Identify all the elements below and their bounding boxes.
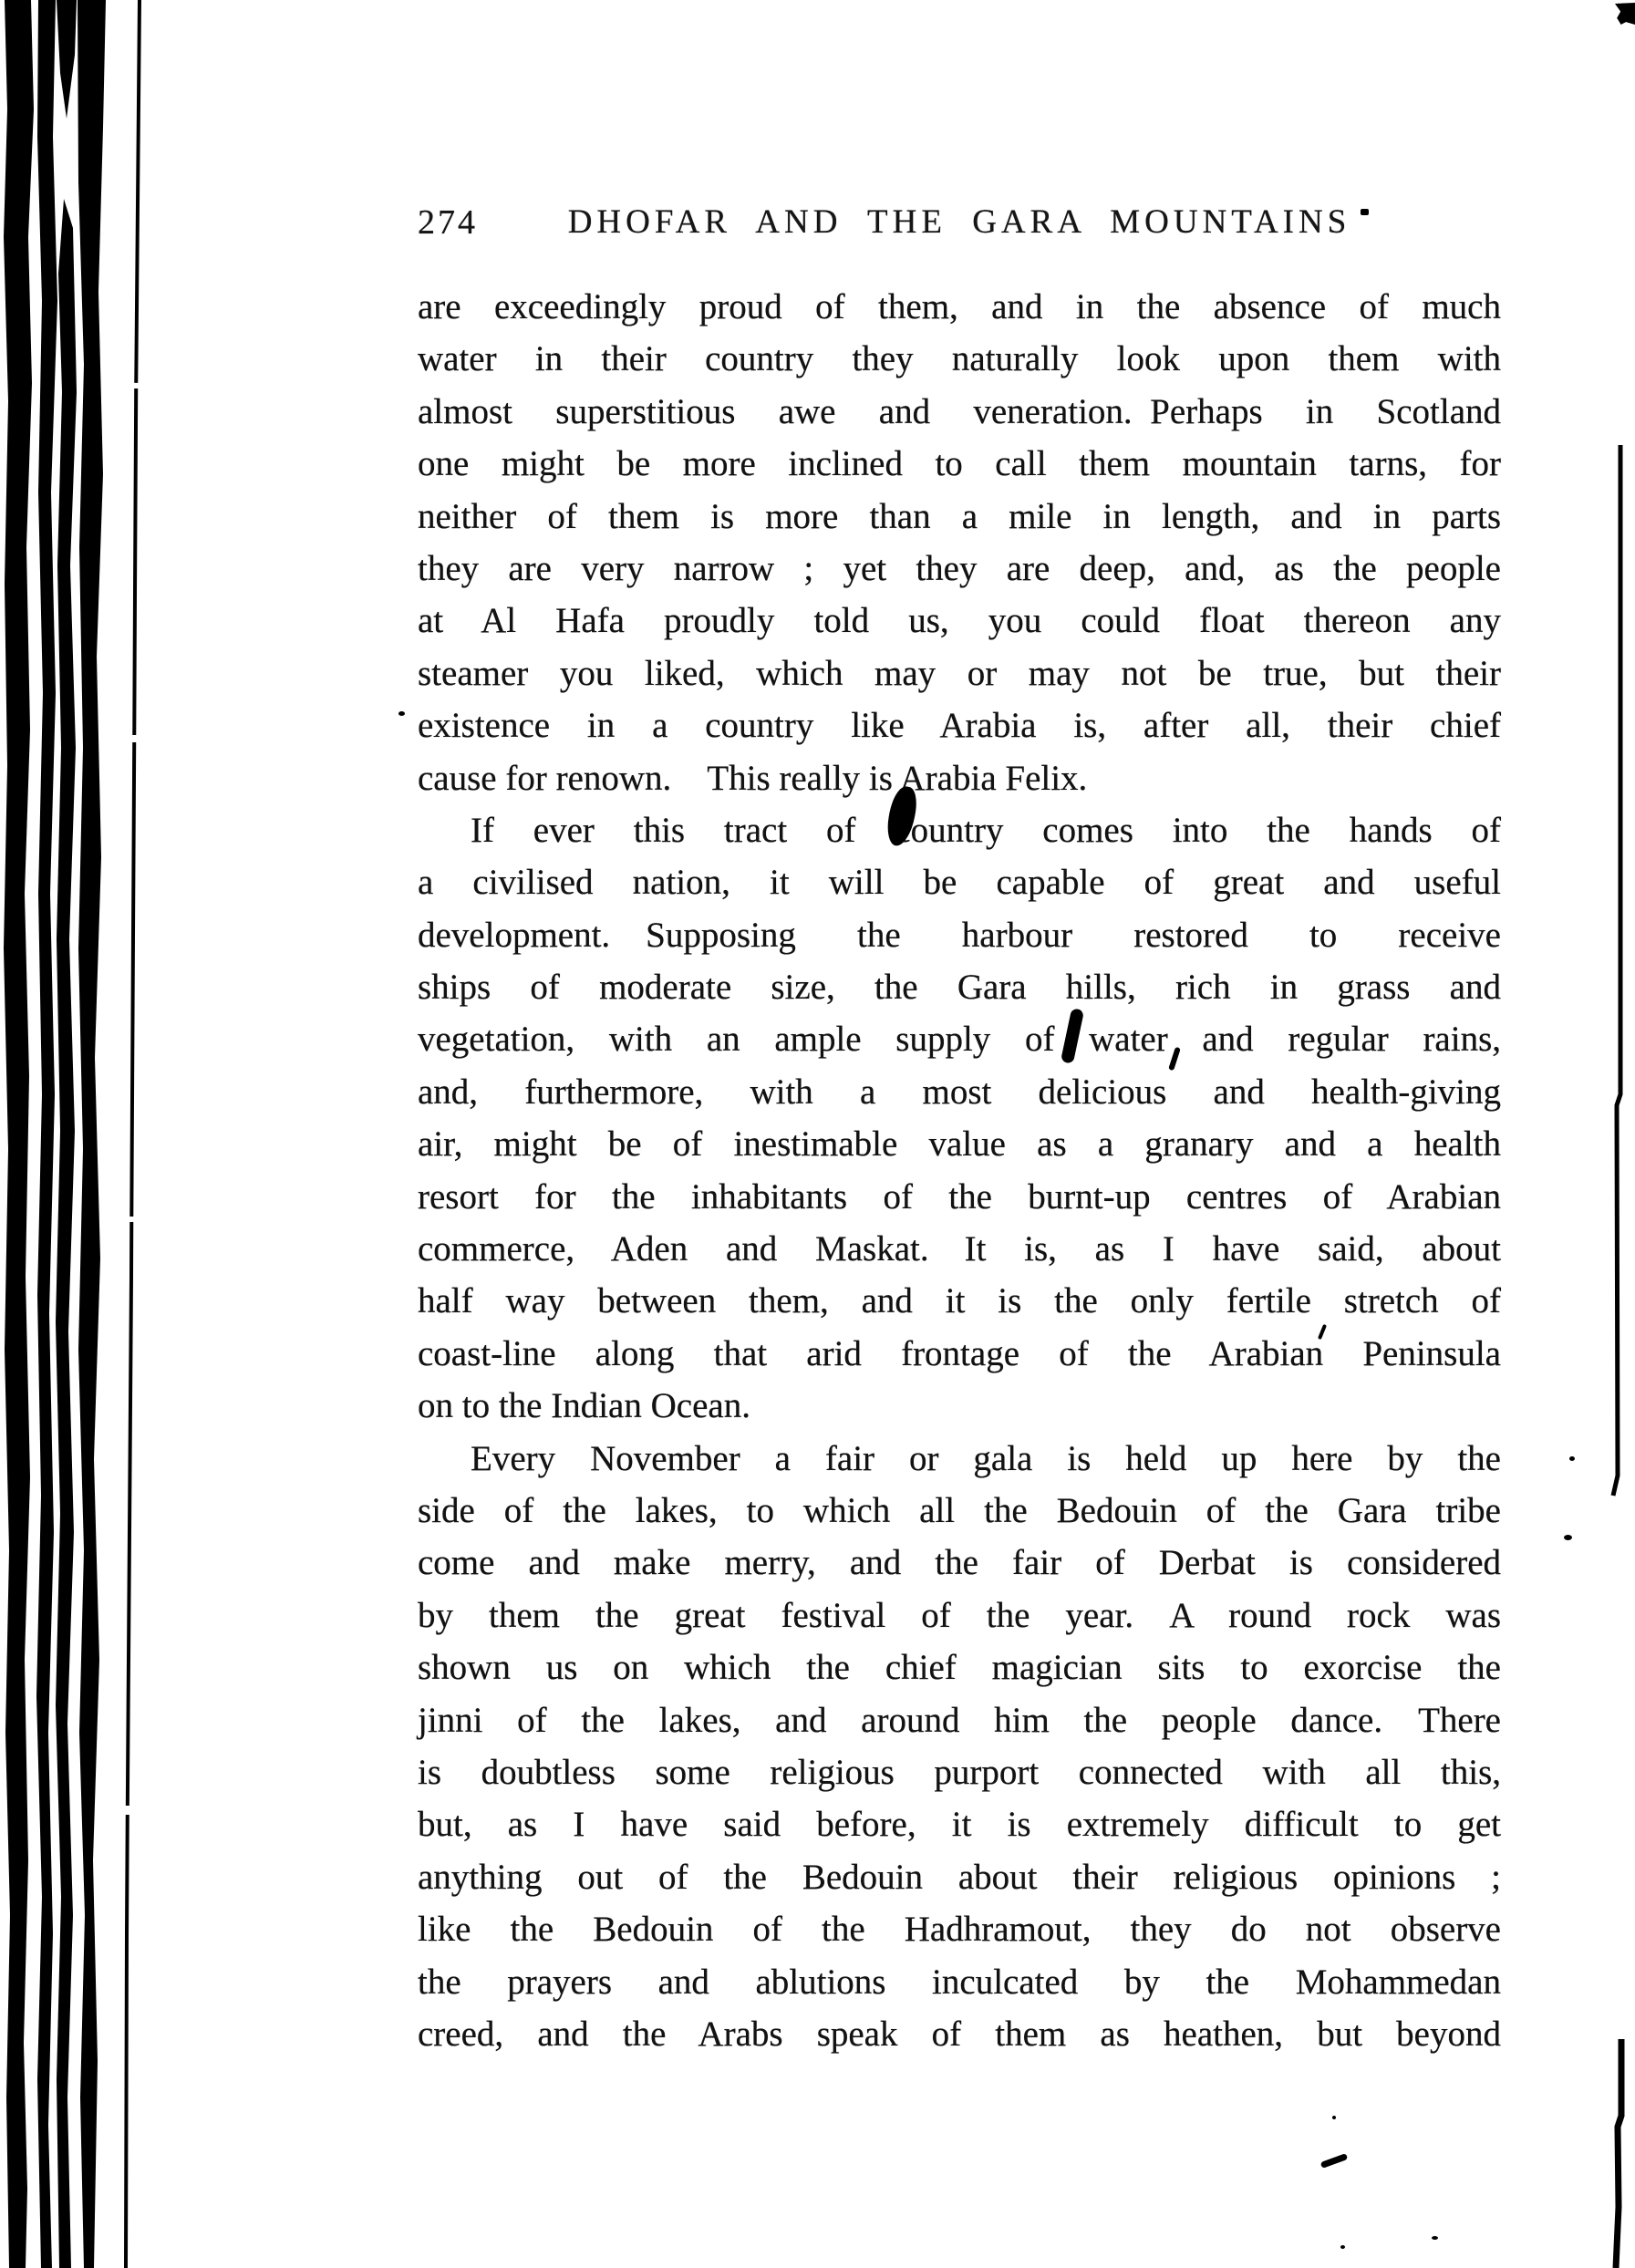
text-line: steamer you liked, which may or may not … (418, 647, 1501, 699)
fold-line (126, 0, 140, 2268)
text-line: they are very narrow ; yet they are deep… (418, 543, 1501, 595)
text-line: one might be more inclined to call them … (418, 438, 1501, 490)
text-line: are exceedingly proud of them, and in th… (418, 281, 1501, 333)
speck (1569, 1456, 1575, 1461)
running-title: DHOFAR AND THE GARA MOUNTAINS (418, 202, 1501, 242)
scanned-page: 274 DHOFAR AND THE GARA MOUNTAINS are ex… (0, 0, 1635, 2268)
text-line: like the Bedouin of the Hadhramout, they… (418, 1903, 1501, 1955)
text-line: Every November a fair or gala is held up… (418, 1433, 1501, 1485)
binding-stripe (4, 0, 34, 2268)
text-line: water in their country they naturally lo… (418, 333, 1501, 385)
text-line: anything out of the Bedouin about their … (418, 1851, 1501, 1903)
speck (1320, 2153, 1349, 2169)
text-block: are exceedingly proud of them, and in th… (418, 281, 1501, 2060)
text-line: half way between them, and it is the onl… (418, 1275, 1501, 1327)
text-line: cause for renown. This really is Arabia … (418, 752, 1501, 804)
text-line: and, furthermore, with a most delicious … (418, 1066, 1501, 1118)
page-header: 274 DHOFAR AND THE GARA MOUNTAINS (418, 202, 1501, 248)
binding-stripe (56, 199, 77, 2268)
speck (1332, 2116, 1336, 2119)
text-line: air, might be of inestimable value as a … (418, 1118, 1501, 1170)
text-line: commerce, Aden and Maskat. It is, as I h… (418, 1223, 1501, 1275)
text-line: vegetation, with an ample supply of wate… (418, 1013, 1501, 1065)
text-line: almost superstitious awe and veneration.… (418, 386, 1501, 438)
text-line: at Al Hafa proudly told us, you could fl… (418, 595, 1501, 647)
speck (398, 711, 405, 716)
text-line: development. Supposing the harbour resto… (418, 909, 1501, 961)
margin-line-right-upper (1613, 445, 1620, 1496)
text-line: existence in a country like Arabia is, a… (418, 699, 1501, 751)
text-line: but, as I have said before, it is extrem… (418, 1798, 1501, 1850)
speck (1340, 2245, 1345, 2249)
text-line: If ever this tract of country comes into… (418, 804, 1501, 856)
text-line: jinni of the lakes, and around him the p… (418, 1694, 1501, 1746)
text-line: ships of moderate size, the Gara hills, … (418, 961, 1501, 1013)
text-line: side of the lakes, to which all the Bedo… (418, 1485, 1501, 1537)
text-line: a civilised nation, it will be capable o… (418, 856, 1501, 908)
text-line: on to the Indian Ocean. (418, 1380, 1501, 1432)
text-line: by them the great festival of the year. … (418, 1590, 1501, 1641)
text-line: creed, and the Arabs speak of them as he… (418, 2008, 1501, 2060)
binding-stripe (78, 0, 106, 2268)
binding-shadow (0, 0, 182, 2268)
speck (1361, 209, 1369, 215)
text-line: shown us on which the chief magician sit… (418, 1641, 1501, 1693)
margin-line-right-lower (1616, 2039, 1621, 2268)
text-line: resort for the inhabitants of the burnt-… (418, 1171, 1501, 1223)
binding-stripe (57, 0, 77, 119)
binding-stripe (36, 0, 57, 2268)
text-line: neither of them is more than a mile in l… (418, 491, 1501, 543)
text-line: come and make merry, and the fair of Der… (418, 1537, 1501, 1589)
speck (1564, 1535, 1572, 1540)
speck (1432, 2236, 1438, 2240)
text-line: is doubtless some religious purport conn… (418, 1746, 1501, 1798)
right-margin-artifacts (1580, 0, 1635, 2268)
text-line: coast-line along that arid frontage of t… (418, 1328, 1501, 1380)
text-line: the prayers and ablutions inculcated by … (418, 1956, 1501, 2008)
